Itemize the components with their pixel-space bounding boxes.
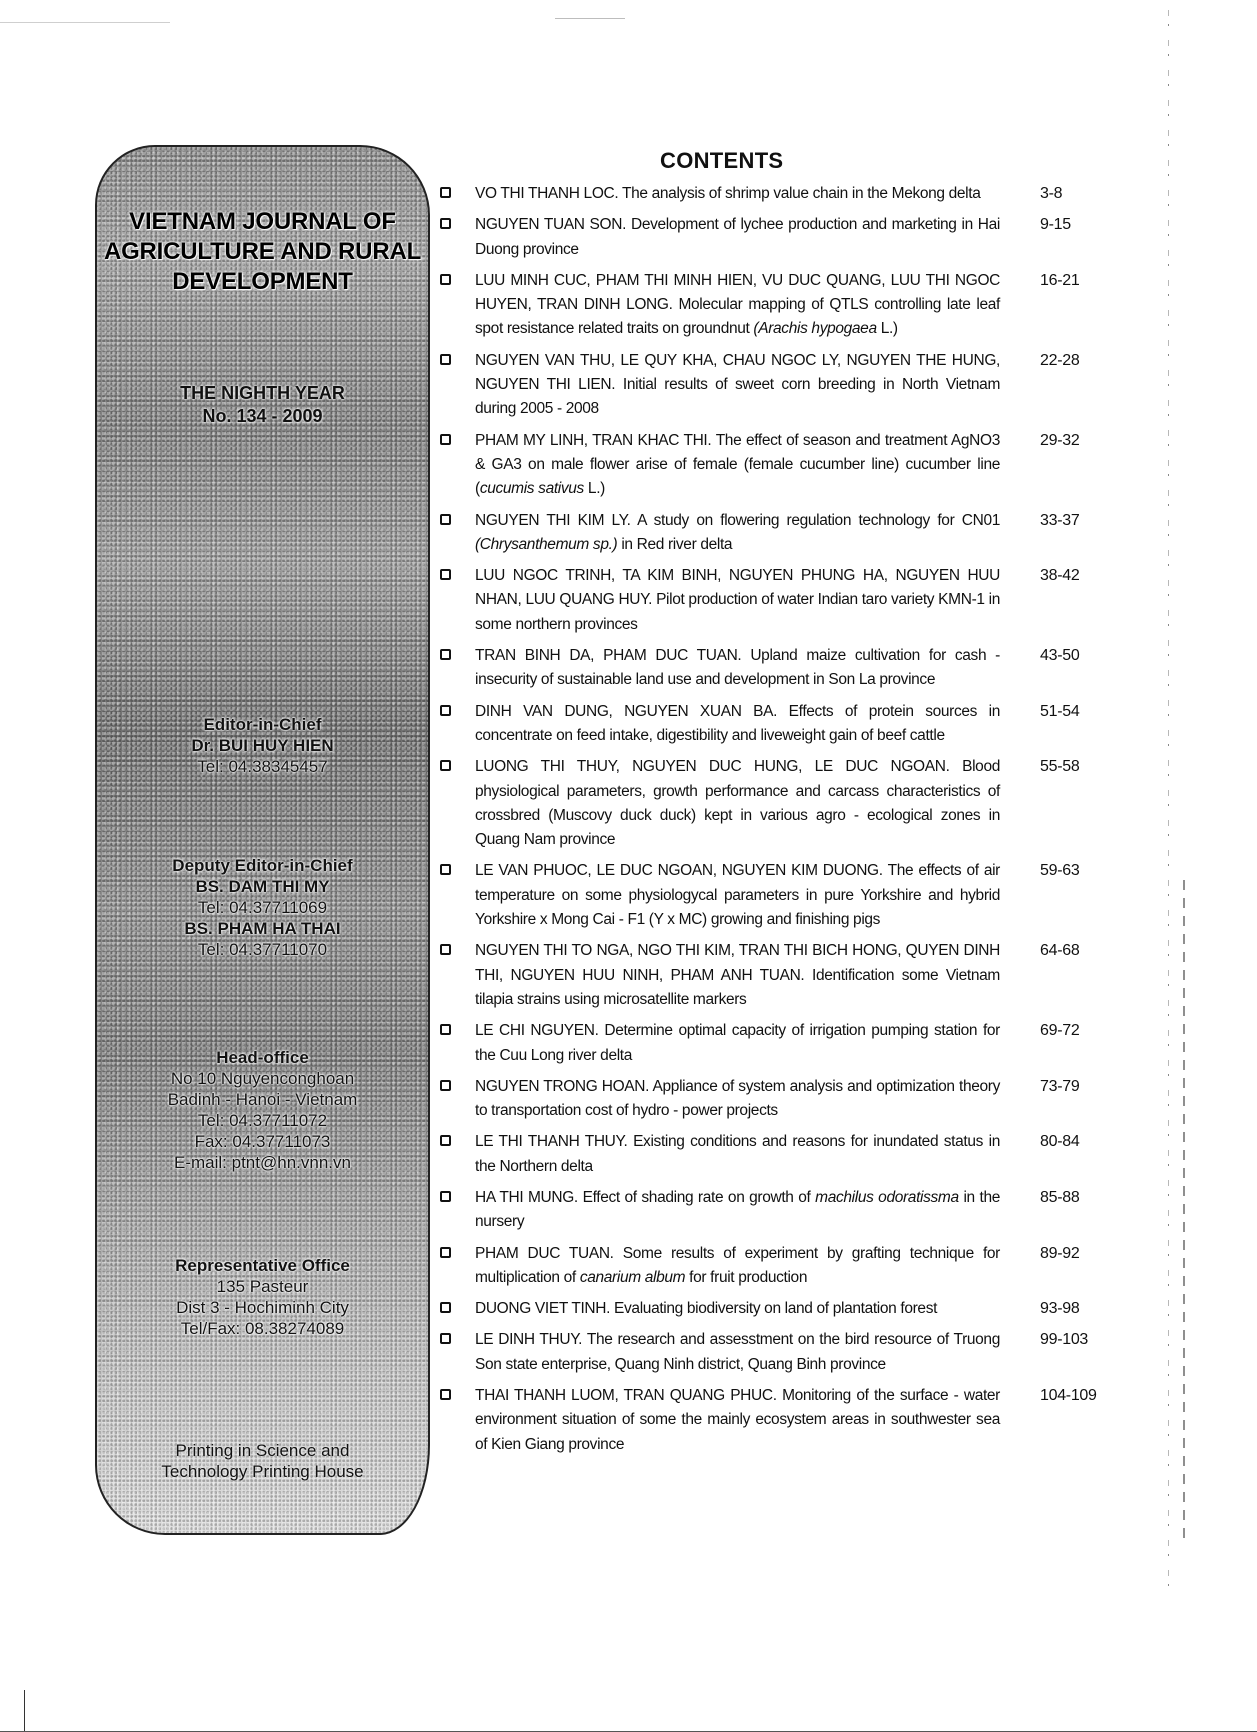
checkbox-bullet-icon bbox=[440, 1024, 451, 1035]
checkbox-bullet-icon bbox=[440, 1302, 451, 1313]
toc-pages: 99-103 bbox=[1040, 1328, 1120, 1352]
journal-title: VIETNAM JOURNAL OF AGRICULTURE AND RURAL… bbox=[97, 207, 428, 297]
toc-authors: LUONG THI THUY, NGUYEN DUC HUNG, LE DUC … bbox=[475, 758, 950, 775]
head-office-fax: Fax: 04.37711073 bbox=[97, 1131, 428, 1152]
toc-entry-text: LE CHI NGUYEN. Determine optimal capacit… bbox=[475, 1019, 1000, 1068]
toc-entry: LE THI THANH THUY. Existing conditions a… bbox=[440, 1130, 1080, 1179]
checkbox-bullet-icon bbox=[440, 1135, 451, 1146]
checkbox-bullet-icon bbox=[440, 354, 451, 365]
rep-office-address: 135 Pasteur bbox=[97, 1276, 428, 1297]
toc-pages: 22-28 bbox=[1040, 349, 1120, 373]
toc-entry: LE VAN PHUOC, LE DUC NGOAN, NGUYEN KIM D… bbox=[440, 859, 1080, 932]
journal-title-line: AGRICULTURE AND RURAL bbox=[97, 237, 428, 267]
toc-title-tail: L.) bbox=[877, 320, 898, 337]
toc-entry-text: HA THI MUNG. Effect of shading rate on g… bbox=[475, 1186, 1000, 1235]
toc-authors: VO THI THANH LOC. bbox=[475, 185, 618, 202]
checkbox-bullet-icon bbox=[440, 569, 451, 580]
scan-edge bbox=[1168, 10, 1169, 1590]
checkbox-bullet-icon bbox=[440, 1333, 451, 1344]
checkbox-bullet-icon bbox=[440, 434, 451, 445]
toc-entry-text: TRAN BINH DA, PHAM DUC TUAN. Upland maiz… bbox=[475, 644, 1000, 693]
toc-entry: THAI THANH LUOM, TRAN QUANG PHUC. Monito… bbox=[440, 1384, 1080, 1457]
toc-authors: NGUYEN TUAN SON. bbox=[475, 216, 626, 233]
checkbox-bullet-icon bbox=[440, 864, 451, 875]
toc-entry: NGUYEN TUAN SON. Development of lychee p… bbox=[440, 213, 1080, 262]
toc-authors: DUONG VIET TINH. bbox=[475, 1300, 610, 1317]
contents-heading: CONTENTS bbox=[660, 148, 783, 174]
scan-artifact bbox=[555, 18, 625, 19]
deputy-tel: Tel: 04.37711069 bbox=[97, 897, 428, 918]
toc-pages: 64-68 bbox=[1040, 939, 1120, 963]
toc-entry: VO THI THANH LOC. The analysis of shrimp… bbox=[440, 182, 1080, 206]
toc-authors: HA THI MUNG. bbox=[475, 1189, 578, 1206]
toc-entry-text: LE VAN PHUOC, LE DUC NGOAN, NGUYEN KIM D… bbox=[475, 859, 1000, 932]
issue-info: THE NIGHTH YEAR No. 134 - 2009 bbox=[97, 382, 428, 428]
toc-authors: PHAM MY LINH, TRAN KHAC THI. bbox=[475, 432, 711, 449]
checkbox-bullet-icon bbox=[440, 218, 451, 229]
checkbox-bullet-icon bbox=[440, 1191, 451, 1202]
toc-entry: DINH VAN DUNG, NGUYEN XUAN BA. Effects o… bbox=[440, 700, 1080, 749]
head-office-tel: Tel: 04.37711072 bbox=[97, 1110, 428, 1131]
toc-title: Evaluating biodiversity on land of plant… bbox=[614, 1300, 937, 1317]
toc-pages: 85-88 bbox=[1040, 1186, 1120, 1210]
toc-authors: NGUYEN THI KIM LY. bbox=[475, 512, 631, 529]
checkbox-bullet-icon bbox=[440, 649, 451, 660]
toc-entry-text: NGUYEN THI KIM LY. A study on flowering … bbox=[475, 509, 1000, 558]
toc-authors: LE THI THANH THUY. bbox=[475, 1133, 627, 1150]
head-office-block: Head-office No 10 Nguyenconghoan Badinh … bbox=[97, 1047, 428, 1173]
head-office-address: Badinh - Hanoi - Vietnam bbox=[97, 1089, 428, 1110]
checkbox-bullet-icon bbox=[440, 705, 451, 716]
printer-line: Printing in Science and bbox=[97, 1440, 428, 1461]
deputy-heading: Deputy Editor-in-Chief bbox=[97, 855, 428, 876]
checkbox-bullet-icon bbox=[440, 1389, 451, 1400]
toc-pages: 33-37 bbox=[1040, 509, 1120, 533]
representative-office-block: Representative Office 135 Pasteur Dist 3… bbox=[97, 1255, 428, 1339]
toc-pages: 80-84 bbox=[1040, 1130, 1120, 1154]
toc-entry: PHAM DUC TUAN. Some results of experimen… bbox=[440, 1242, 1080, 1291]
toc-authors: NGUYEN TRONG HOAN. bbox=[475, 1078, 649, 1095]
toc-entry-text: NGUYEN THI TO NGA, NGO THI KIM, TRAN THI… bbox=[475, 939, 1000, 1012]
checkbox-bullet-icon bbox=[440, 1080, 451, 1091]
toc-pages: 69-72 bbox=[1040, 1019, 1120, 1043]
issue-number: No. 134 - 2009 bbox=[97, 405, 428, 428]
toc-entry-text: NGUYEN VAN THU, LE QUY KHA, CHAU NGOC LY… bbox=[475, 349, 1000, 422]
toc-entry-text: NGUYEN TRONG HOAN. Appliance of system a… bbox=[475, 1075, 1000, 1124]
toc-title: Effect of shading rate on growth of bbox=[583, 1189, 811, 1206]
head-office-heading: Head-office bbox=[97, 1047, 428, 1068]
journal-title-line: VIETNAM JOURNAL OF bbox=[97, 207, 428, 237]
toc-entry-text: DINH VAN DUNG, NGUYEN XUAN BA. Effects o… bbox=[475, 700, 1000, 749]
toc-entry-text: PHAM MY LINH, TRAN KHAC THI. The effect … bbox=[475, 429, 1000, 502]
toc-title-tail: L.) bbox=[584, 480, 605, 497]
scan-artifact bbox=[24, 1690, 25, 1732]
scan-artifact bbox=[0, 22, 170, 23]
editor-name: Dr. BUI HUY HIEN bbox=[97, 735, 428, 756]
toc-entry: LUU NGOC TRINH, TA KIM BINH, NGUYEN PHUN… bbox=[440, 564, 1080, 637]
toc-entry-text: LUU NGOC TRINH, TA KIM BINH, NGUYEN PHUN… bbox=[475, 564, 1000, 637]
toc-pages: 51-54 bbox=[1040, 700, 1120, 724]
scan-edge bbox=[1183, 880, 1185, 1540]
rep-office-heading: Representative Office bbox=[97, 1255, 428, 1276]
deputy-name: BS. PHAM HA THAI bbox=[97, 918, 428, 939]
checkbox-bullet-icon bbox=[440, 274, 451, 285]
rep-office-address: Dist 3 - Hochiminh City bbox=[97, 1297, 428, 1318]
checkbox-bullet-icon bbox=[440, 1247, 451, 1258]
toc-title-italic: (Chrysanthemum sp.) bbox=[475, 536, 617, 553]
deputy-tel: Tel: 04.37711070 bbox=[97, 939, 428, 960]
toc-entry-text: LUONG THI THUY, NGUYEN DUC HUNG, LE DUC … bbox=[475, 755, 1000, 852]
toc-entry: PHAM MY LINH, TRAN KHAC THI. The effect … bbox=[440, 429, 1080, 502]
toc-pages: 3-8 bbox=[1040, 182, 1120, 206]
deputy-editor-block: Deputy Editor-in-Chief BS. DAM THI MY Te… bbox=[97, 855, 428, 960]
toc-pages: 29-32 bbox=[1040, 429, 1120, 453]
masthead-panel: VIETNAM JOURNAL OF AGRICULTURE AND RURAL… bbox=[95, 145, 430, 1535]
editor-heading: Editor-in-Chief bbox=[97, 714, 428, 735]
toc-authors: TRAN BINH DA, PHAM DUC TUAN. bbox=[475, 647, 741, 664]
toc-pages: 55-58 bbox=[1040, 755, 1120, 779]
toc-title-tail: in Red river delta bbox=[617, 536, 732, 553]
head-office-email: E-mail: ptnt@hn.vnn.vn bbox=[97, 1152, 428, 1173]
toc-entry-text: DUONG VIET TINH. Evaluating biodiversity… bbox=[475, 1297, 1000, 1321]
toc-authors: PHAM DUC TUAN. bbox=[475, 1245, 614, 1262]
head-office-address: No 10 Nguyenconghoan bbox=[97, 1068, 428, 1089]
toc-pages: 104-109 bbox=[1040, 1384, 1120, 1408]
toc-entry: NGUYEN THI TO NGA, NGO THI KIM, TRAN THI… bbox=[440, 939, 1080, 1012]
editor-in-chief-block: Editor-in-Chief Dr. BUI HUY HIEN Tel: 04… bbox=[97, 714, 428, 777]
toc-title: The analysis of shrimp value chain in th… bbox=[622, 185, 980, 202]
toc-entry-text: PHAM DUC TUAN. Some results of experimen… bbox=[475, 1242, 1000, 1291]
toc-pages: 93-98 bbox=[1040, 1297, 1120, 1321]
toc-title-italic: (Arachis hypogaea bbox=[749, 320, 876, 337]
toc-title-italic: cucumis sativus bbox=[480, 480, 584, 497]
rep-office-telfax: Tel/Fax: 08.38274089 bbox=[97, 1318, 428, 1339]
printer-credit: Printing in Science and Technology Print… bbox=[97, 1440, 428, 1482]
toc-authors: LE DINH THUY. bbox=[475, 1331, 582, 1348]
toc-title: A study on flowering regulation technolo… bbox=[637, 512, 1000, 529]
toc-entry: HA THI MUNG. Effect of shading rate on g… bbox=[440, 1186, 1080, 1235]
toc-entry-text: LUU MINH CUC, PHAM THI MINH HIEN, VU DUC… bbox=[475, 269, 1000, 342]
toc-pages: 73-79 bbox=[1040, 1075, 1120, 1099]
table-of-contents: VO THI THANH LOC. The analysis of shrimp… bbox=[440, 182, 1080, 1464]
editor-tel: Tel: 04.38345457 bbox=[97, 756, 428, 777]
toc-entry: LUONG THI THUY, NGUYEN DUC HUNG, LE DUC … bbox=[440, 755, 1080, 852]
toc-authors: DINH VAN DUNG, NGUYEN XUAN BA. bbox=[475, 703, 777, 720]
toc-entry-text: LE THI THANH THUY. Existing conditions a… bbox=[475, 1130, 1000, 1179]
checkbox-bullet-icon bbox=[440, 187, 451, 198]
toc-entry-text: THAI THANH LUOM, TRAN QUANG PHUC. Monito… bbox=[475, 1384, 1000, 1457]
toc-authors: THAI THANH LUOM, TRAN QUANG PHUC. bbox=[475, 1387, 777, 1404]
year-label: THE NIGHTH YEAR bbox=[97, 382, 428, 405]
toc-entry: DUONG VIET TINH. Evaluating biodiversity… bbox=[440, 1297, 1080, 1321]
toc-entry-text: NGUYEN TUAN SON. Development of lychee p… bbox=[475, 213, 1000, 262]
toc-entry: TRAN BINH DA, PHAM DUC TUAN. Upland maiz… bbox=[440, 644, 1080, 693]
deputy-name: BS. DAM THI MY bbox=[97, 876, 428, 897]
toc-entry: LE CHI NGUYEN. Determine optimal capacit… bbox=[440, 1019, 1080, 1068]
toc-entry: LE DINH THUY. The research and assesstme… bbox=[440, 1328, 1080, 1377]
toc-pages: 9-15 bbox=[1040, 213, 1120, 237]
toc-title-tail: for fruit production bbox=[685, 1269, 807, 1286]
checkbox-bullet-icon bbox=[440, 944, 451, 955]
toc-pages: 43-50 bbox=[1040, 644, 1120, 668]
toc-entry: NGUYEN TRONG HOAN. Appliance of system a… bbox=[440, 1075, 1080, 1124]
checkbox-bullet-icon bbox=[440, 760, 451, 771]
toc-authors: LE VAN PHUOC, LE DUC NGOAN, NGUYEN KIM D… bbox=[475, 862, 883, 879]
printer-line: Technology Printing House bbox=[97, 1461, 428, 1482]
toc-authors: LE CHI NGUYEN. bbox=[475, 1022, 599, 1039]
toc-pages: 59-63 bbox=[1040, 859, 1120, 883]
toc-entry-text: VO THI THANH LOC. The analysis of shrimp… bbox=[475, 182, 1000, 206]
journal-title-line: DEVELOPMENT bbox=[97, 267, 428, 297]
toc-entry: NGUYEN VAN THU, LE QUY KHA, CHAU NGOC LY… bbox=[440, 349, 1080, 422]
toc-pages: 38-42 bbox=[1040, 564, 1120, 588]
checkbox-bullet-icon bbox=[440, 514, 451, 525]
toc-entry: LUU MINH CUC, PHAM THI MINH HIEN, VU DUC… bbox=[440, 269, 1080, 342]
toc-pages: 89-92 bbox=[1040, 1242, 1120, 1266]
toc-title-italic: canarium album bbox=[576, 1269, 685, 1286]
toc-entry-text: LE DINH THUY. The research and assesstme… bbox=[475, 1328, 1000, 1377]
toc-title-italic: machilus odoratissma bbox=[810, 1189, 958, 1206]
toc-pages: 16-21 bbox=[1040, 269, 1120, 293]
toc-entry: NGUYEN THI KIM LY. A study on flowering … bbox=[440, 509, 1080, 558]
